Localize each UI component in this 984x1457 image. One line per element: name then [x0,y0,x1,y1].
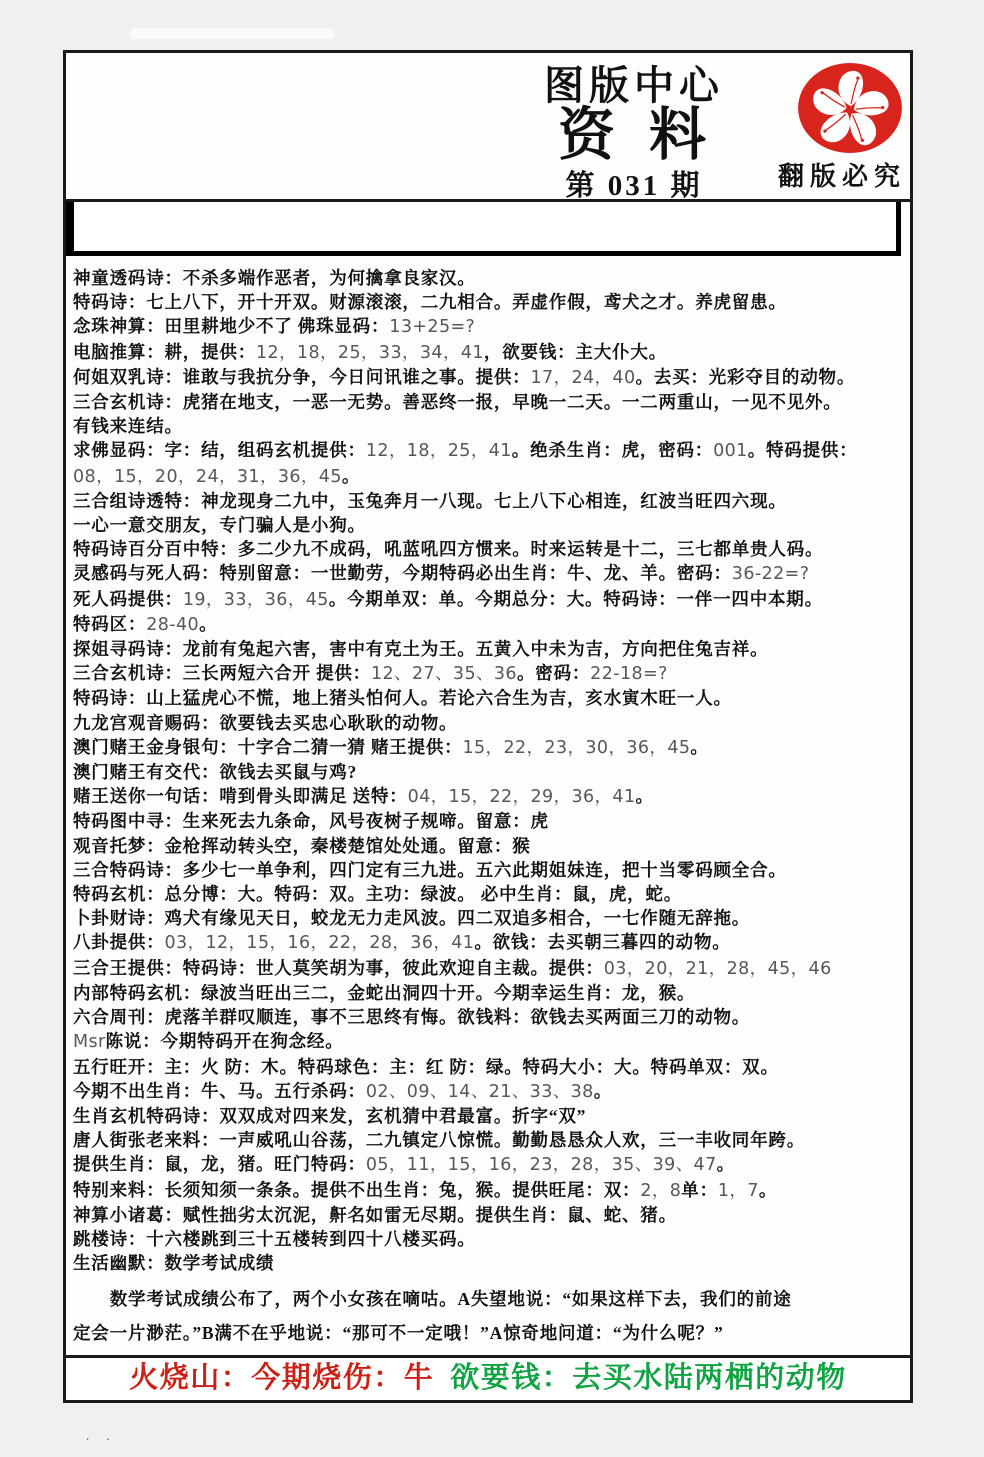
bottom-dots-artifact: . . [86,1428,117,1444]
joke-line: 定会一片渺茫。”B满不在乎地说：“那可不一定哦！”A惊奇地问道：“为什么呢？” [73,1316,900,1350]
content-line: 今期不出生肖：牛、马。五行杀码：02、09、14、21、33、38。 [73,1079,906,1104]
content-line: 08，15，20，24，31，36，45。 [73,464,906,489]
content-line: 卜卦财诗：鸡犬有缘见天日，蛟龙无力走风波。四二双追多相合，一七作随无辞拖。 [73,906,906,930]
scan-streak-artifact [130,28,335,39]
content-line: 唐人街张老来料：一声威吼山谷荡，二九镇定八惊慌。勤勤恳恳众人欢，三一丰收同年跨。 [73,1128,906,1152]
content-line: 生活幽默：数学考试成绩 [73,1251,906,1275]
content-line: 一心一意交朋友，专门骗人是小狗。 [73,513,906,537]
header: 图版中心 资料 第 031 期 翻版必究 [66,53,910,202]
content-line: 三合玄机诗：三长两短六合开 提供：12、27、35、36。密码：22-18=? [73,661,906,686]
content-line: 特码诗：山上猛虎心不慌，地上猪头怕何人。若论六合生为吉，亥水寅木旺一人。 [73,686,906,710]
page-title: 资料 [528,105,740,167]
content-line: 六合周刊：虎落羊群叹顺连，事不三思终有悔。欲钱料：欲钱去买两面三刀的动物。 [73,1005,906,1029]
joke-line: 数学考试成绩公布了，两个小女孩在嘀咕。A失望地说：“如果这样下去，我们的前途 [73,1282,900,1316]
content-line: Msr陈说：今期特码开在狗念经。 [73,1029,906,1054]
content-line: 澳门赌王有交代：欲钱去买鼠与鸡? [73,760,906,784]
content-line: 赌王送你一句话：啃到骨头即满足 送特：04，15，22，29，36，41。 [73,784,906,809]
brand-title: 图版中心 [528,54,740,111]
content-line: 死人码提供：19，33，36，45。今期单双：单。今期总分：大。特码诗：一伴一四… [73,587,906,612]
content-line: 有钱来连结。 [73,414,906,438]
content-line: 提供生肖：鼠，龙，猪。旺门特码：05，11，15，16，23，28，35、39、… [73,1152,906,1177]
content-line: 三合玄机诗：虎猪在地支，一恶一无势。善恶终一报，早晚一二天。一二两重山，一见不见… [73,390,906,414]
content-line: 特码玄机：总分博：大。特码：双。主功：绿波。 必中生肖：鼠，虎，蛇。 [73,882,906,906]
content-line: 神童透码诗：不杀多端作恶者，为何擒拿良家汉。 [73,266,906,290]
content-line: 八卦提供：03，12，15，16，22，28，36，41。欲钱：去买朝三暮四的动… [73,930,906,955]
content-line: 三合王提供：特码诗：世人莫笑胡为事，彼此欢迎自主裁。提供：03，20，21，28… [73,956,906,981]
content-line: 澳门赌王金身银句：十字合二猜一猜 赌王提供：15，22，23，30，36，45。 [73,735,906,760]
footer-strip: 火烧山：今期烧伤：牛欲要钱：去买水陆两栖的动物 [66,1355,910,1400]
content-line: 电脑推算：耕，提供：12，18，25，33，34，41，欲要钱：主大仆大。 [73,340,906,365]
content-lines: 神童透码诗：不杀多端作恶者，为何擒拿良家汉。特码诗：七上八下，开十开双。财源滚滚… [66,256,910,1275]
content-line: 特码诗百分百中特：多二少九不成码，吼蓝吼四方惯来。时来运转是十二，三七都单贵人码… [73,537,906,561]
page-frame: 图版中心 资料 第 031 期 翻版必究 神童透码诗：不杀多端作恶者，为何擒拿良… [63,50,913,1403]
content-line: 念珠神算：田里耕地少不了 佛珠显码：13+25=? [73,314,906,339]
content-line: 三合特码诗：多少七一单争利，四门定有三九进。五六此期姐妹连，把十当零码顾全合。 [73,858,906,882]
content-line: 灵感码与死人码：特别留意：一世勤劳，今期特码必出生肖：牛、龙、羊。密码：36-2… [73,561,906,586]
content-line: 五行旺开：主：火 防：木。特码球色：主：红 防：绿。特码大小：大。特码单双：双。 [73,1055,906,1079]
page-root: { "header": { "brand": "图版中心", "title": … [0,0,984,1457]
content-line: 三合组诗透特：神龙现身二九中，玉兔奔月一八现。七上八下心相连，红波当旺四六现。 [73,489,906,513]
footer-green-text: 欲要钱：去买水陆两栖的动物 [450,1362,847,1394]
content-line: 特码诗：七上八下，开十开双。财源滚滚，二九相合。弄虚作假，鸢犬之才。养虎留患。 [73,290,906,314]
content-line: 跳楼诗：十六楼跳到三十五楼转到四十八楼买码。 [73,1227,906,1251]
issue-number: 第 031 期 [528,163,740,204]
copyright-notice: 翻版必究 [778,156,906,193]
content-line: 特码图中寻：生来死去九条命，风号夜树子规啼。留意：虎 [73,809,906,833]
content-line: 观音托梦：金枪挥动转头空，秦楼楚馆处处通。留意：猴 [73,834,906,858]
content-line: 特别来料：长须知须一条条。提供不出生肖：兔，猴。提供旺尾：双：2，8单：1，7。 [73,1178,906,1203]
content-line: 何姐双乳诗：谁敢与我抗分争，今日问讯谁之事。提供：17，24，40。去买：光彩夺… [73,365,906,390]
footer-red-text: 火烧山：今期烧伤：牛 [129,1362,434,1394]
content-line: 生肖玄机特码诗：双双成对四来发，玄机猜中君最富。折字“双” [73,1104,906,1128]
empty-banner [66,202,901,256]
bauhinia-flower-icon [796,61,904,155]
content-line: 神算小诸葛：赋性拙劣太沉泥，鼾名如雷无尽期。提供生肖：鼠、蛇、猪。 [73,1203,906,1227]
content-line: 内部特码玄机：绿波当旺出三二，金蛇出洞四十开。今期幸运生肖：龙，猴。 [73,981,906,1005]
content-line: 九龙宫观音赐码：欲要钱去买忠心耿耿的动物。 [73,711,906,735]
content-line: 求佛显码：字：结，组码玄机提供：12，18，25，41。绝杀生肖：虎，密码：00… [73,438,906,463]
title-block: 图版中心 资料 第 031 期 [528,54,740,204]
content-line: 探姐寻码诗：龙前有兔起六害，害中有克土为王。五黄入中未为吉，方向把住兔吉祥。 [73,637,906,661]
content-line: 特码区：28-40。 [73,612,906,637]
